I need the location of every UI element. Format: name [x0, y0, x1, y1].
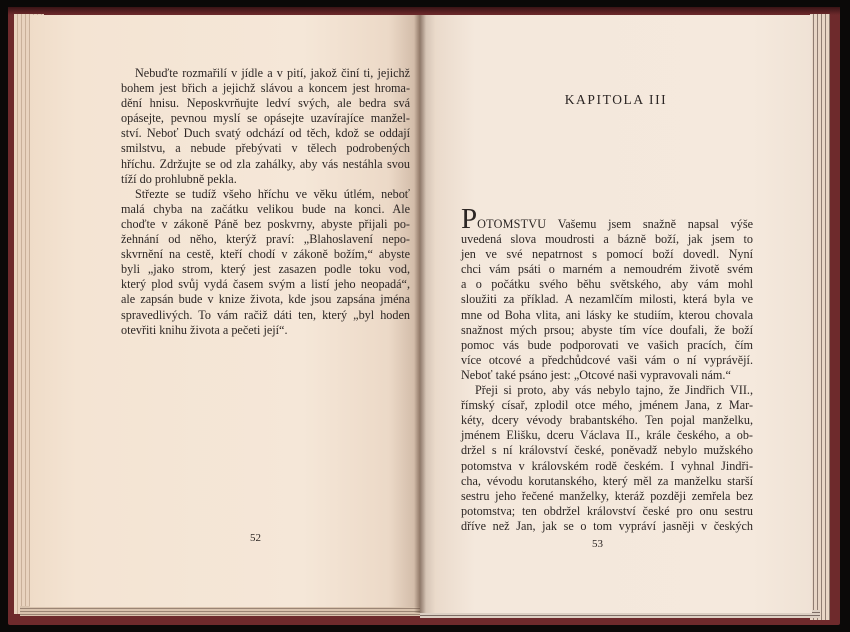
page-number: 52	[250, 532, 261, 544]
drop-cap: P	[461, 203, 477, 235]
text-line: držel s ní království české, poněvadž ne…	[461, 443, 753, 458]
text-line: spravedlivých. To vám račiž dáti ten, kt…	[121, 308, 410, 323]
text-line: otevřiti knihu života a pečeti její“.	[121, 323, 410, 338]
page-number: 53	[592, 538, 603, 550]
text-line: kéty, dcery vévody brabantského. Ten poj…	[461, 413, 753, 428]
text-line: který plod svůj vydá časem svým a listí …	[121, 277, 410, 292]
text-line: malá chyba na začátku velikou bude na ko…	[121, 202, 410, 217]
left-page-body: Nebuďte rozmařilí v jídle a v pití, jako…	[121, 66, 410, 338]
text-line: Nebuďte rozmařilí v jídle a v pití, jako…	[121, 66, 410, 81]
book-gutter	[414, 15, 426, 613]
text-line: choďte v zákoně Páně bez poskvrny, abyst…	[121, 217, 410, 232]
left-bottom-page-edges	[20, 606, 420, 616]
text-line: smilstvu, a nebude přebývati v tělech po…	[121, 141, 410, 156]
text-line: dříve než Jan, jak se o tom vypráví jasn…	[461, 519, 753, 534]
left-page: Nebuďte rozmařilí v jídle a v pití, jako…	[30, 15, 420, 607]
text-line: potomstva v královském rodě českém. I vy…	[461, 459, 753, 474]
text-line: žehnání od něho, kterýž praví: „Blahosla…	[121, 232, 410, 247]
text-line: Neboť také psáno jest: „Otcové naši vypr…	[461, 368, 753, 383]
first-line-text: Vašemu jsem snažně napsal výše	[546, 217, 753, 231]
text-line: jen ve své nepatrnost s pomocí boží dove…	[461, 247, 753, 262]
right-page: KAPITOLA III POTOMSTVU Vašemu jsem snažn…	[420, 15, 812, 613]
text-line: hříchu. Zdržujte se od zla zahálky, aby …	[121, 157, 410, 172]
text-line: sestru jeho řečené manželky, kteráž pozd…	[461, 489, 753, 504]
cover-shadow	[8, 7, 840, 15]
text-line: ství. Neboť Duch svatý odchází od těch, …	[121, 126, 410, 141]
text-line: chci vám psáti o marném a nemoudrém živo…	[461, 262, 753, 277]
right-page-body: POTOMSTVU Vašemu jsem snažně napsal výše…	[461, 209, 753, 534]
text-line: římský císař, zplodil otce mého, jménem …	[461, 398, 753, 413]
text-line: pomoc vás bude podporovati ve vašich pra…	[461, 338, 753, 353]
text-line: tíží do prohlubně pekla.	[121, 172, 410, 187]
text-line: byli „jako strom, který jest zasazen pod…	[121, 262, 410, 277]
chapter-heading: KAPITOLA III	[420, 92, 812, 108]
text-line: Střezte se tudíž všeho hříchu ve věku út…	[121, 187, 410, 202]
text-line: potomstva; ten obdržel království české …	[461, 504, 753, 519]
text-line: ale zapsán bude v knize života, kde jsou…	[121, 292, 410, 307]
text-line: dění hnisu. Neposkvrňujte ledví svých, a…	[121, 96, 410, 111]
text-line: Přeji si proto, aby vás nebylo tajno, že…	[461, 383, 753, 398]
text-line: opásejte, pevnou myslí se opásejte uzaví…	[121, 111, 410, 126]
text-line: sloužiti za příklad. A nezamlčím milosti…	[461, 292, 753, 307]
first-word: OTOMSTVU	[477, 217, 546, 231]
right-page-edges	[810, 14, 830, 620]
text-line: skvrnění na cestě, kteří chodí v zákoně …	[121, 247, 410, 262]
text-line: více otcové a předchůdcové vaši vám o ní…	[461, 353, 753, 368]
text-line: uvedená slova moudrosti a bázně boží, ja…	[461, 232, 753, 247]
text-line: a o počátku svého běhu světského, aby vá…	[461, 277, 753, 292]
first-line: POTOMSTVU Vašemu jsem snažně napsal výše	[461, 209, 753, 232]
text-line: snažnost mých prsou; abyste tím více dou…	[461, 323, 753, 338]
text-line: mne od Boha vlita, ani lásky ke studiím,…	[461, 308, 753, 323]
text-line: cha, vévodu korutanského, který měl za m…	[461, 474, 753, 489]
text-line: bohem jest břich a jejichž slávou a konc…	[121, 81, 410, 96]
text-line: jménem Elišku, dceru Václava II., krále …	[461, 428, 753, 443]
